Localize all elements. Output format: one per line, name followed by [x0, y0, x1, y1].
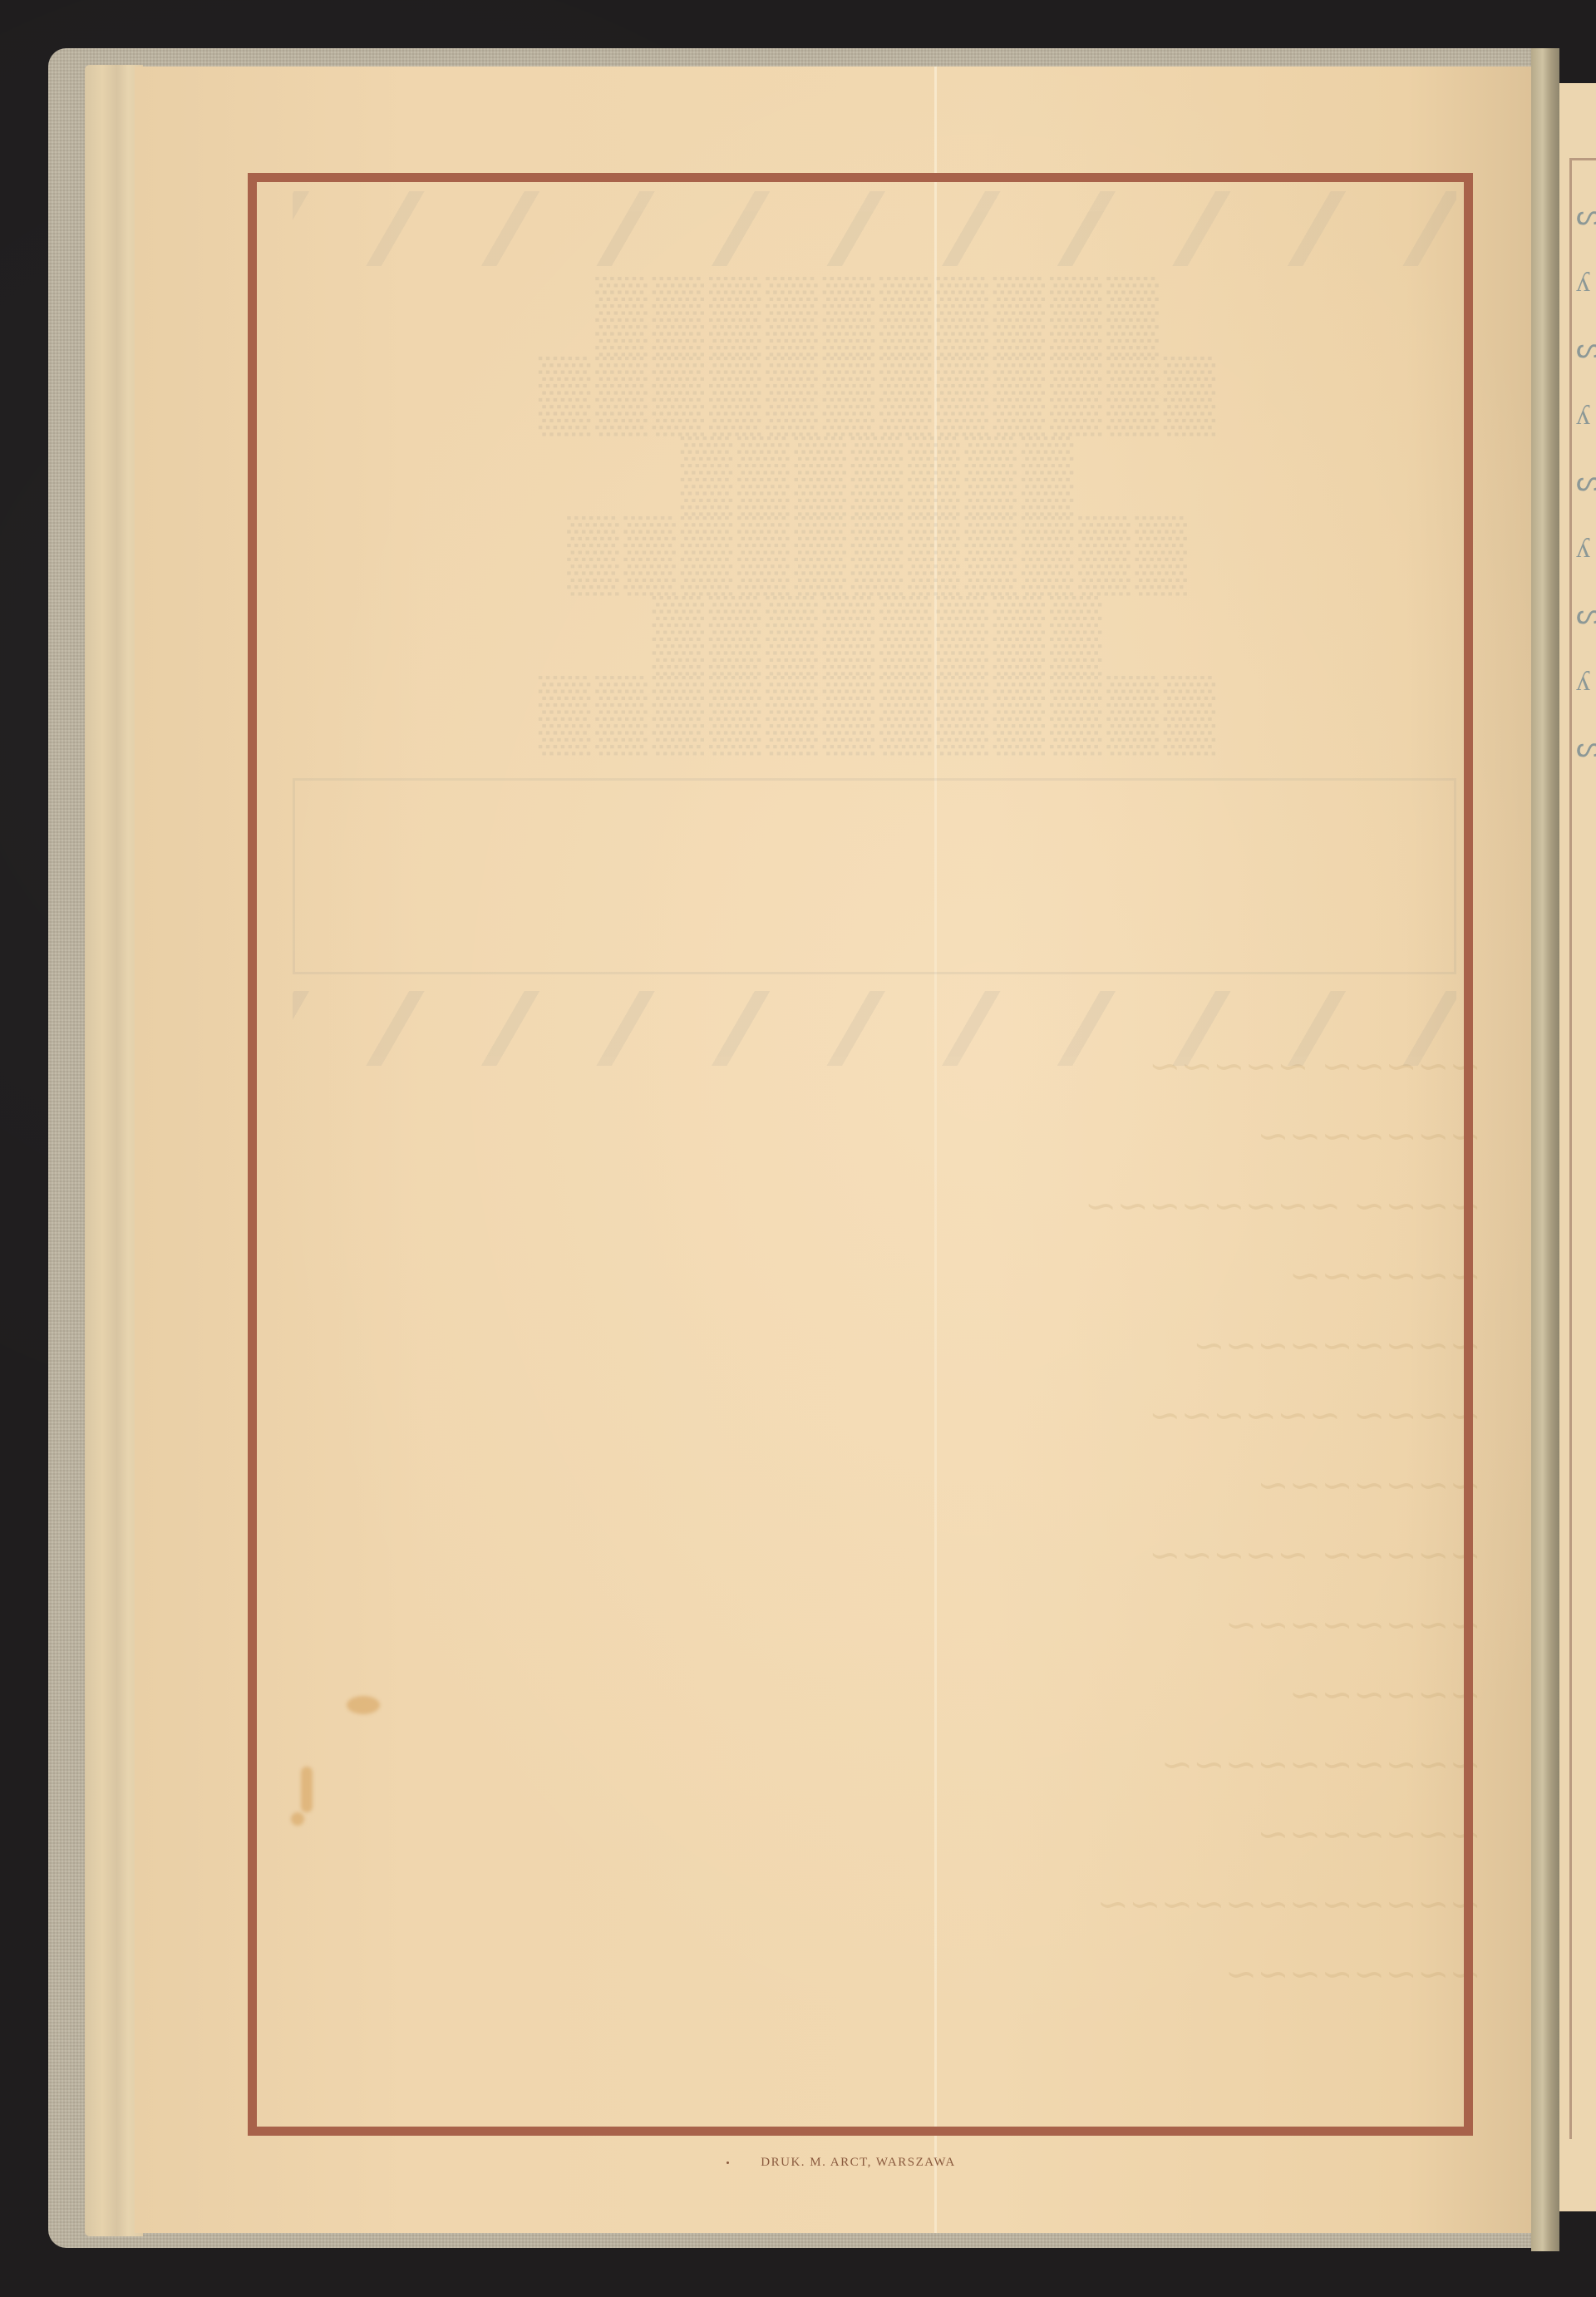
printer-imprint: DRUK. M. ARCT, WARSZAWA	[135, 2156, 1548, 2170]
stain-mark	[347, 1696, 380, 1714]
page-border-frame	[248, 173, 1473, 2136]
book-gutter	[1531, 48, 1559, 2251]
stain-mark	[291, 1812, 304, 1826]
stain-mark	[301, 1767, 313, 1812]
book-page: ▒▒▒▒▒▒▒▒▒▒ ▒▒▒▒▒▒▒▒▒▒▒▒ ▒▒▒▒▒▒▒ ▒▒▒▒▒▒▒▒…	[135, 67, 1548, 2233]
dot-mark	[727, 2161, 729, 2164]
scan-background: ▒▒▒▒▒▒▒▒▒▒ ▒▒▒▒▒▒▒▒▒▒▒▒ ▒▒▒▒▒▒▒ ▒▒▒▒▒▒▒▒…	[0, 0, 1596, 2297]
printer-imprint-text: DRUK. M. ARCT, WARSZAWA	[761, 2156, 955, 2169]
adjacent-page-ornament: ᔕ ʎ ᔕ ʎ ᔕ ʎ ᔕ ʎ ᔕ	[1576, 183, 1596, 781]
adjacent-page-edge: ᔕ ʎ ᔕ ʎ ᔕ ʎ ᔕ ʎ ᔕ	[1559, 83, 1596, 2211]
